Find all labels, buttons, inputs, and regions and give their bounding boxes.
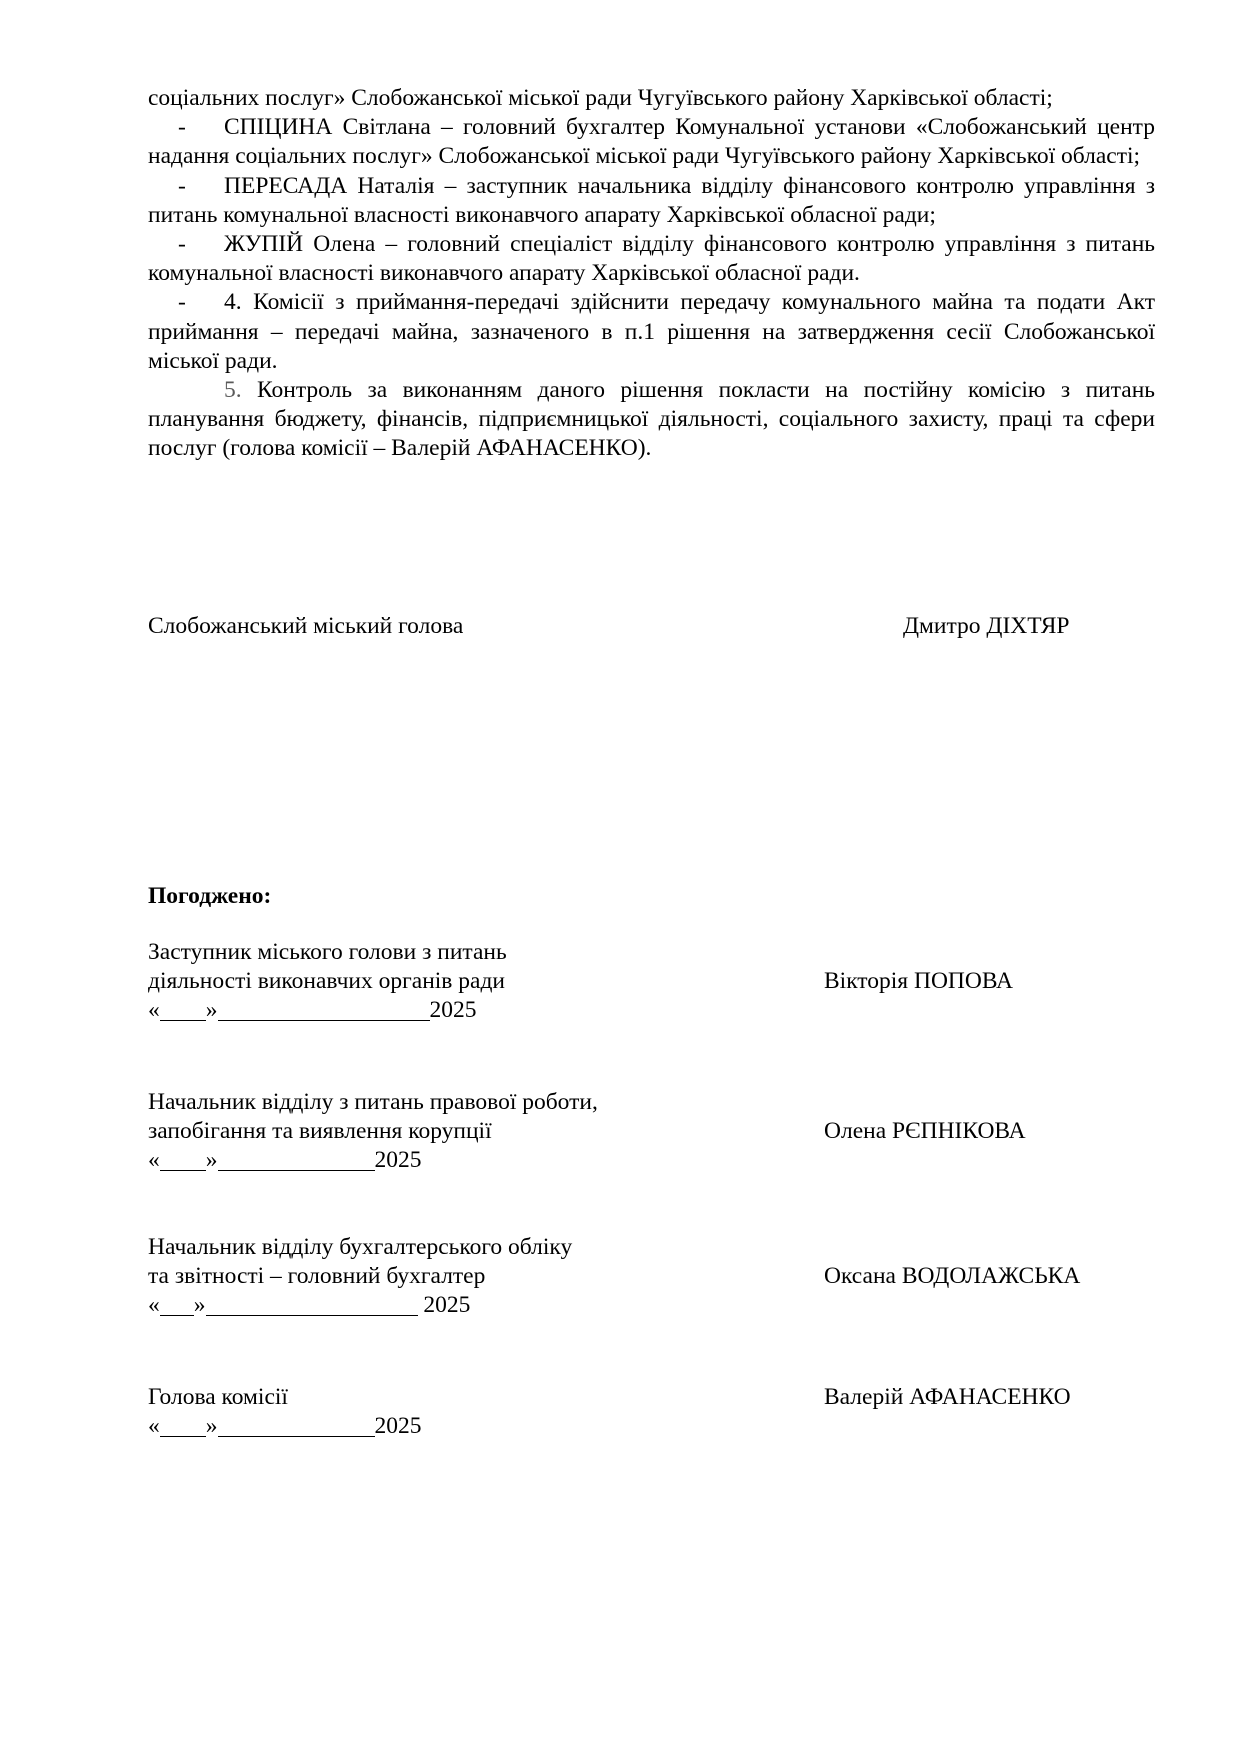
commission-member-item: -ПЕРЕСАДА Наталія – заступник начальника… [148,172,1155,230]
quote-open: « [148,1147,160,1173]
day-blank[interactable] [160,1148,206,1171]
year: 2025 [430,997,477,1023]
approval-block: Начальник відділу з питань правової робо… [148,1088,1108,1176]
quote-close: » [206,997,218,1023]
day-blank[interactable] [160,1414,206,1437]
approver-title-line: Заступник міського голови з питань [148,938,1108,967]
signature-name: Дмитро ДІХТЯР [903,612,1069,641]
commission-member-item: -СПІЦИНА Світлана – головний бухгалтер К… [148,113,1155,171]
paragraph-4: -4. Комісії з приймання-передачі здійсни… [148,288,1155,376]
paragraph-5-number: 5. [224,377,242,403]
year: 2025 [418,1292,471,1318]
day-blank[interactable] [160,998,206,1021]
list-dash: - [148,288,224,317]
quote-close: » [206,1413,218,1439]
signature-title: Слобожанський міський голова [148,612,463,641]
day-blank[interactable] [160,1293,194,1316]
approver-name: Олена РЄПНІКОВА [824,1117,1026,1146]
continuation-line: соціальних послуг» Слобожанської міської… [148,84,1155,113]
list-dash: - [148,230,224,259]
document-page: соціальних послуг» Слобожанської міської… [0,0,1240,1754]
date-line: «»2025 [148,1412,1108,1441]
year: 2025 [375,1413,422,1439]
approver-title-line: Начальник відділу з питань правової робо… [148,1088,1108,1117]
approval-block: Заступник міського голови з питань діяль… [148,938,1108,1026]
decision-body: соціальних послуг» Слобожанської міської… [148,84,1155,464]
quote-open: « [148,1292,160,1318]
month-blank[interactable] [218,1148,375,1171]
list-dash: - [148,172,224,201]
member-text: ПЕРЕСАДА Наталія – заступник начальника … [148,173,1155,228]
member-text: ЖУПІЙ Олена – головний спеціаліст відділ… [148,231,1155,286]
approver-title-line: Начальник відділу бухгалтерського обліку [148,1233,1108,1262]
month-blank[interactable] [218,998,430,1021]
member-text: СПІЦИНА Світлана – головний бухгалтер Ко… [148,114,1155,169]
quote-open: « [148,1413,160,1439]
quote-close: » [206,1147,218,1173]
approval-block: Голова комісії Валерій АФАНАСЕНКО «»2025 [148,1383,1108,1441]
date-line: «»2025 [148,1146,1108,1175]
approver-name: Вікторія ПОПОВА [824,967,1013,996]
date-line: «»2025 [148,996,1108,1025]
list-dash: - [148,113,224,142]
approvals-heading: Погоджено: [148,882,271,911]
month-blank[interactable] [206,1293,418,1316]
paragraph-5-text: Контроль за виконанням даного рішення по… [148,377,1155,461]
commission-member-item: -ЖУПІЙ Олена – головний спеціаліст відді… [148,230,1155,288]
paragraph-5: 5. Контроль за виконанням даного рішення… [148,376,1155,464]
quote-close: » [194,1292,206,1318]
approver-name: Оксана ВОДОЛАЖСЬКА [824,1262,1080,1291]
paragraph-4-text: 4. Комісії з приймання-передачі здійснит… [148,289,1155,373]
year: 2025 [375,1147,422,1173]
month-blank[interactable] [218,1414,375,1437]
quote-open: « [148,997,160,1023]
approver-name: Валерій АФАНАСЕНКО [824,1383,1071,1412]
date-line: «» 2025 [148,1291,1108,1320]
approval-block: Начальник відділу бухгалтерського обліку… [148,1233,1108,1321]
